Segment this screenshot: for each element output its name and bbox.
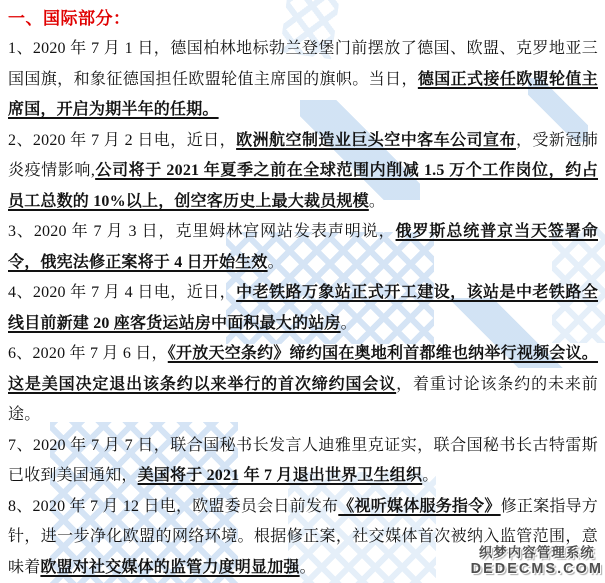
dedecms-stamp-domain: DEDECMS.COM	[471, 561, 603, 578]
page-title: 一、国际部分：	[8, 3, 598, 34]
news-text: 。	[369, 193, 385, 210]
news-text: 3、2020 年 7 月 3 日，克里姆林宫网站发表声明说，	[8, 223, 396, 240]
news-list: 1、2020 年 7 月 1 日，德国柏林地标勃兰登堡门前摆放了德国、欧盟、克罗…	[8, 34, 598, 583]
news-highlight: 欧洲航空制造业巨头空中客车公司宣布	[236, 132, 516, 149]
news-item: 1、2020 年 7 月 1 日，德国柏林地标勃兰登堡门前摆放了德国、欧盟、克罗…	[8, 34, 598, 126]
document-page: 一、国际部分： 1、2020 年 7 月 1 日，德国柏林地标勃兰登堡门前摆放了…	[0, 0, 605, 583]
news-item: 2、2020 年 7 月 2 日电，近日，欧洲航空制造业巨头空中客车公司宣布，受…	[8, 126, 598, 218]
news-text: 。	[422, 467, 438, 484]
news-text: 。	[268, 254, 284, 271]
news-item: 7、2020 年 7 月 7 日，联合国秘书长发言人迪雅里克证实，联合国秘书长古…	[8, 431, 598, 492]
news-item: 6、2020 年 7 月 6 日，《开放天空条约》缔约国在奥地利首都维也纳举行视…	[8, 339, 598, 431]
news-highlight: 欧盟对社交媒体的监管力度明显加强	[40, 559, 299, 576]
news-text: 。	[341, 315, 357, 332]
news-item: 4、2020 年 7 月 4 日电，近日，中老铁路万象站正式开工建设，该站是中老…	[8, 278, 598, 339]
news-highlight: 美国将于 2021 年 7 月退出世界卫生组织	[138, 467, 423, 484]
dedecms-stamp: 织梦内容管理系统 DEDECMS.COM	[471, 544, 603, 578]
news-text: 4、2020 年 7 月 4 日电，近日，	[8, 284, 236, 301]
news-item: 3、2020 年 7 月 3 日，克里姆林宫网站发表声明说，俄罗斯总统普京当天签…	[8, 217, 598, 278]
news-text: 2、2020 年 7 月 2 日电，近日，	[8, 132, 236, 149]
news-text: 6、2020 年 7 月 6 日，	[8, 345, 168, 362]
news-text: 8、2020 年 7 月 12 日电，欧盟委员会日前发布	[8, 498, 338, 515]
news-highlight: 公司将于 2021 年夏季之前在全球范围内削减 1.5 万个工作岗位，约占员工总…	[8, 162, 598, 210]
news-highlight: 《视听媒体服务指令》	[338, 498, 500, 515]
news-text: 。	[300, 559, 316, 576]
dedecms-stamp-text: 织梦内容管理系统	[471, 544, 603, 561]
document-content: 一、国际部分： 1、2020 年 7 月 1 日，德国柏林地标勃兰登堡门前摆放了…	[0, 0, 605, 583]
